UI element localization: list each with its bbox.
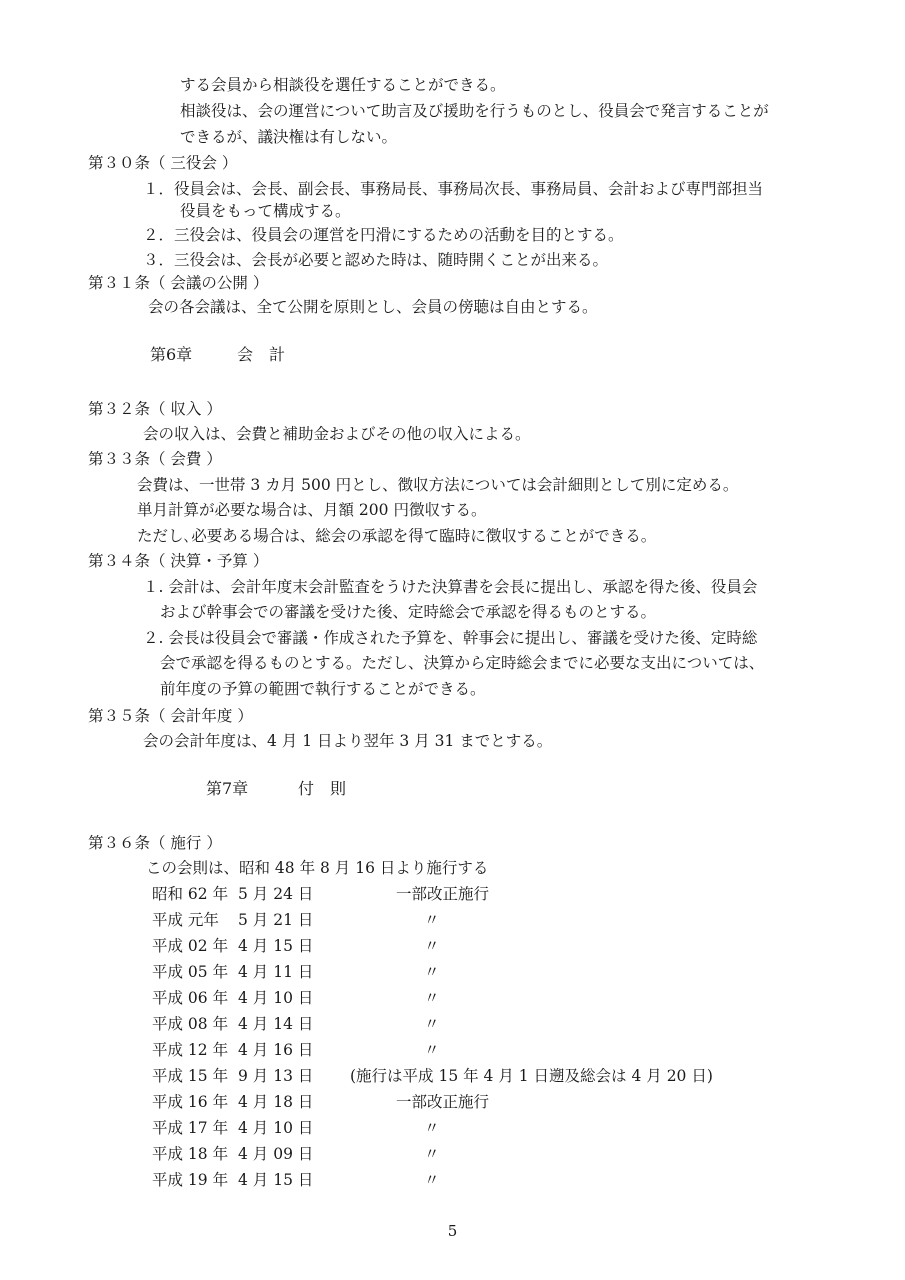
history-era-year: 平成 08 年	[152, 1013, 228, 1035]
article-35-heading: 第３５条（ 会計年度 ）	[88, 705, 253, 727]
history-date: 4 月 09 日	[238, 1143, 313, 1165]
article-31-heading: 第３１条（ 会議の公開 ）	[88, 272, 268, 294]
history-note: 〃	[424, 1143, 440, 1165]
article-32-body: 会の収入は、会費と補助金およびその他の収入による。	[143, 423, 531, 445]
history-era-year: 平成 15 年	[152, 1065, 228, 1087]
history-date: 4 月 15 日	[238, 935, 313, 957]
article-34-line: 会で承認を得るものとする。ただし、決算から定時総会までに必要な支出については、	[160, 652, 764, 674]
chapter-7-number: 第7章	[206, 778, 248, 800]
history-date: 4 月 14 日	[238, 1013, 313, 1035]
history-note: 〃	[424, 987, 440, 1009]
history-note: 〃	[424, 1169, 440, 1191]
history-era-year: 平成 06 年	[152, 987, 228, 1009]
article-35-body: 会の会計年度は、4 月 1 日より翌年 3 月 31 までとする。	[143, 730, 552, 752]
article-33-line: 単月計算が必要な場合は、月額 200 円徴収する。	[137, 499, 486, 521]
history-note: 〃	[424, 1013, 440, 1035]
chapter-7-title: 付 則	[298, 778, 346, 800]
history-era-year: 平成 12 年	[152, 1039, 228, 1061]
history-note: 〃	[424, 961, 440, 983]
continuation-line: 相談役は、会の運営について助言及び援助を行うものとし、役員会で発言することが	[180, 100, 769, 122]
history-note: 〃	[424, 935, 440, 957]
history-date: 4 月 11 日	[238, 961, 313, 983]
history-era-year: 平成 02 年	[152, 935, 228, 957]
history-era-year: 平成 18 年	[152, 1143, 228, 1165]
article-36-heading: 第３６条（ 施行 ）	[88, 832, 222, 854]
page-number: 5	[0, 1222, 905, 1240]
article-30-item-cont: 役員をもって構成する。	[180, 200, 351, 222]
history-era-year: 平成 05 年	[152, 961, 228, 983]
article-34-line: ２. 会長は役員会で審議・作成された予算を、幹事会に提出し、審議を受けた後、定時…	[143, 627, 757, 649]
article-30-item: １．役員会は、会長、副会長、事務局長、事務局次長、事務局員、会計および専門部担当	[143, 178, 763, 200]
article-33-heading: 第３３条（ 会費 ）	[88, 448, 222, 470]
article-34-heading: 第３４条（ 決算・予算 ）	[88, 550, 268, 572]
continuation-line: する会員から相談役を選任することができる。	[180, 74, 506, 96]
chapter-6-number: 第6章	[150, 344, 192, 366]
history-note: 一部改正施行	[396, 1091, 489, 1113]
article-34-line: および幹事会での審議を受けた後、定時総会で承認を得るものとする。	[160, 601, 656, 623]
history-date: 9 月 13 日	[238, 1065, 313, 1087]
article-30-item: ３．三役会は、会長が必要と認めた時は、随時開くことが出来る。	[143, 249, 608, 271]
article-30-heading: 第３０条（ 三役会 ）	[88, 152, 237, 174]
history-date: 4 月 18 日	[238, 1091, 313, 1113]
history-date: 5 月 24 日	[238, 883, 313, 905]
history-date: 4 月 15 日	[238, 1169, 313, 1191]
history-era-year: 昭和 62 年	[152, 883, 228, 905]
article-31-body: 会の各会議は、全て公開を原則とし、会員の傍聴は自由とする。	[148, 296, 598, 318]
history-note: (施行は平成 15 年 4 月 1 日遡及総会は 4 月 20 日)	[350, 1065, 713, 1087]
article-34-line: １. 会計は、会計年度末会計監査をうけた決算書を会長に提出し、承認を得た後、役員…	[143, 576, 757, 598]
history-era-year: 平成 19 年	[152, 1169, 228, 1191]
history-era-year: 平成 17 年	[152, 1117, 228, 1139]
history-date: 4 月 10 日	[238, 1117, 313, 1139]
history-note: 一部改正施行	[396, 883, 489, 905]
history-era-year: 平成 16 年	[152, 1091, 228, 1113]
article-33-line: 会費は、一世帯 3 カ月 500 円とし、徴収方法については会計細則として別に定…	[137, 474, 738, 496]
history-date: 5 月 21 日	[238, 909, 313, 931]
continuation-line: できるが、議決権は有しない。	[180, 126, 397, 148]
history-date: 4 月 10 日	[238, 987, 313, 1009]
history-note: 〃	[424, 909, 440, 931]
article-32-heading: 第３２条（ 収入 ）	[88, 398, 222, 420]
article-36-body: この会則は、昭和 48 年 8 月 16 日より施行する	[146, 857, 488, 879]
article-34-line: 前年度の予算の範囲で執行することができる。	[160, 678, 486, 700]
history-note: 〃	[424, 1039, 440, 1061]
chapter-6-title: 会 計	[237, 344, 285, 366]
history-date: 4 月 16 日	[238, 1039, 313, 1061]
history-note: 〃	[424, 1117, 440, 1139]
history-era-year: 平成 元年	[152, 909, 219, 931]
article-30-item: ２．三役会は、役員会の運営を円滑にするための活動を目的とする。	[143, 224, 624, 246]
article-33-line: ただし､必要ある場合は、総会の承認を得て臨時に徴収することができる。	[137, 525, 656, 547]
